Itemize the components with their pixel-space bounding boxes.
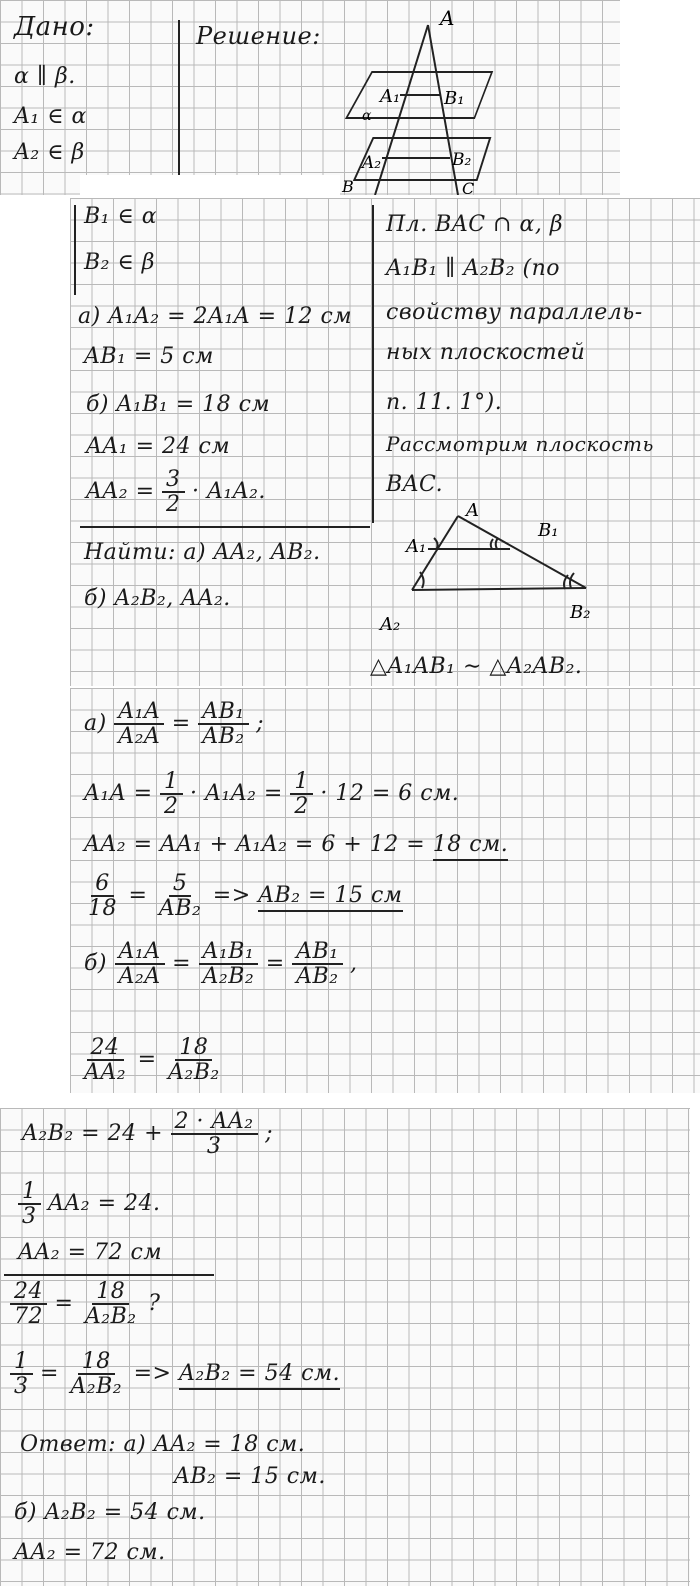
reasoning-line: ных плоскостей [386, 340, 585, 365]
svg-text:A₂: A₂ [360, 153, 381, 173]
ratio-line-b: б) A₁AA₂A = A₁B₁A₂B₂ = AB₁AB₂ , [84, 940, 358, 988]
reasoning-line: п. 11. 1°). [386, 390, 502, 415]
calc-line: A₂B₂ = 24 + 2 · AA₂3 ; [22, 1110, 273, 1158]
calc-line: AA₂ = AA₁ + A₁A₂ = 6 + 12 = 18 см. [84, 832, 508, 857]
given-line: A₂ ∈ β [14, 140, 85, 165]
given-line: B₂ ∈ β [84, 250, 155, 275]
label-apex: A [438, 6, 454, 30]
svg-text:C: C [462, 179, 474, 195]
result-aa2: 18 см. [433, 832, 509, 861]
answer-title: Ответ: [20, 1432, 116, 1457]
svg-text:A₂: A₂ [378, 614, 400, 635]
result-aa2-72: AA₂ = 72 см [18, 1240, 162, 1265]
case-a-line: а) A₁A₂ = 2A₁A = 12 см [78, 304, 352, 329]
reasoning-line: свойству параллель- [386, 300, 643, 325]
svg-text:B: B [341, 177, 354, 195]
proportion-line: 13 = 18A₂B₂ => A₂B₂ = 54 см. [10, 1350, 340, 1398]
given-separator [80, 526, 370, 528]
given-title: Дано: [14, 12, 95, 42]
given-line: A₁ ∈ α [14, 104, 87, 129]
answer-line: Ответ: а) AA₂ = 18 см. [20, 1432, 305, 1457]
svg-text:B₁: B₁ [443, 88, 464, 109]
answer-line: б) A₂B₂ = 54 см. [14, 1500, 206, 1525]
proportion-line: 24AA₂ = 18A₂B₂ [80, 1036, 224, 1084]
column-divider [372, 205, 374, 523]
answer-line: AB₂ = 15 см. [174, 1464, 326, 1489]
svg-text:α: α [362, 108, 372, 124]
svg-text:A: A [464, 500, 479, 521]
calc-line: A₁A = 12 · A₁A₂ = 12 · 12 = 6 см. [84, 770, 459, 818]
reasoning-line: Пл. BAC ∩ α, β [386, 212, 563, 237]
given-line: α ∥ β. [14, 64, 76, 89]
case-b-line: AA₁ = 24 см [86, 434, 230, 459]
result-ab2: AB₂ = 15 см [258, 883, 402, 912]
given-left-border [74, 205, 76, 295]
reasoning-line: A₁B₁ ∥ A₂B₂ (по [386, 256, 560, 281]
svg-text:A₁: A₁ [404, 536, 426, 557]
calc-line: 13 AA₂ = 24. [18, 1180, 161, 1228]
column-divider [178, 20, 180, 175]
ratio-line-a: а) A₁AA₂A = AB₁AB₂ ; [84, 700, 264, 748]
case-a-line: AB₁ = 5 см [84, 344, 214, 369]
proportion-line: 618 = 5AB₂ => AB₂ = 15 см [84, 872, 403, 920]
reasoning-line: BAC. [386, 472, 443, 497]
result-a2b2: A₂B₂ = 54 см. [179, 1361, 340, 1390]
answer-line: AA₂ = 72 см. [14, 1540, 166, 1565]
similarity-statement: △A₁AB₁ ∼ △A₂AB₂. [370, 654, 582, 679]
find-line: Найти: а) AA₂, AB₂. [84, 540, 321, 565]
case-b-frac-line: AA₂ = 32 · A₁A₂. [86, 468, 266, 516]
svg-text:A₁: A₁ [378, 86, 400, 107]
separator [4, 1274, 214, 1276]
svg-text:B₂: B₂ [451, 150, 471, 170]
svg-text:B₂: B₂ [569, 602, 590, 623]
case-b-line: б) A₁B₁ = 18 см [86, 392, 270, 417]
proportion-line: 2472 = 18A₂B₂ ? [10, 1280, 160, 1328]
solution-title: Решение: [196, 22, 321, 50]
find-line: б) A₂B₂, AA₂. [84, 586, 231, 611]
reasoning-line: Рассмотрим плоскость [386, 432, 654, 456]
given-line: B₁ ∈ α [84, 204, 157, 229]
svg-text:B₁: B₁ [537, 520, 558, 541]
planes-diagram: A A₁ B₁ α A₂ B₂ B C [340, 0, 510, 195]
